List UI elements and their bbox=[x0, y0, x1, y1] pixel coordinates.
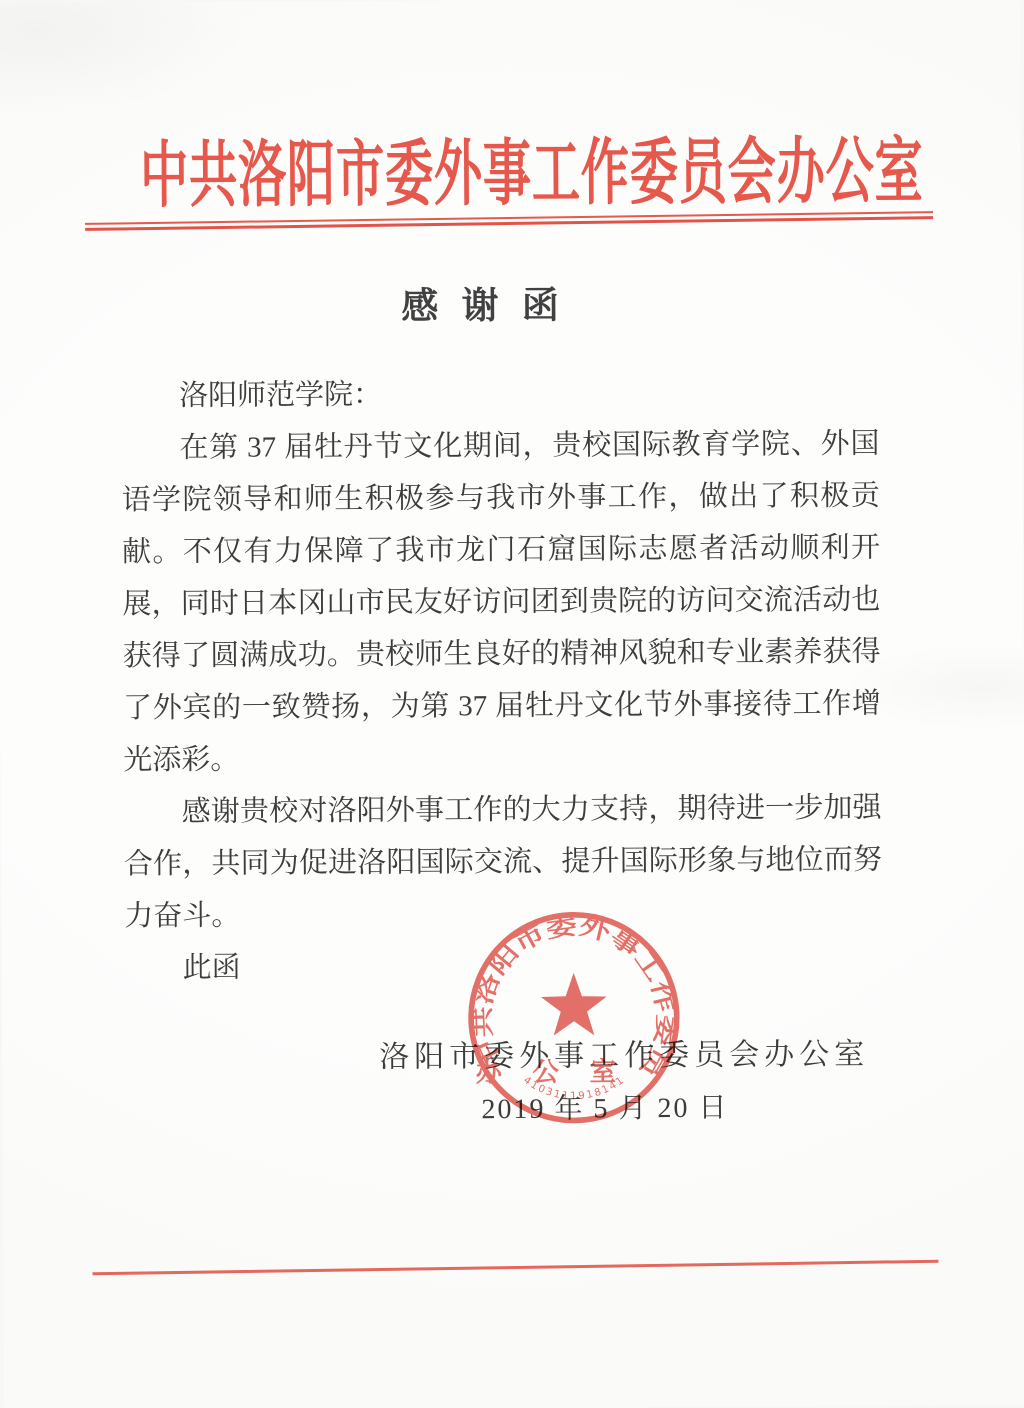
letter-title: 感 谢 函 bbox=[0, 272, 996, 332]
letter-page: 中共洛阳市委外事工作委员会办公室 感 谢 函 洛阳师范学院： 在第 37 届牡丹… bbox=[0, 0, 1024, 1408]
official-seal-stamp: 中共洛阳市委外事工作委员会 办公室 4103111918141 bbox=[461, 905, 686, 1130]
body-paragraph: 在第 37 届牡丹节文化期间，贵校国际教育学院、外国语学院领导和师生积极参与我市… bbox=[121, 418, 881, 787]
letter-body: 洛阳师范学院： 在第 37 届牡丹节文化期间，贵校国际教育学院、外国语学院领导和… bbox=[121, 366, 883, 995]
salutation: 洛阳师范学院： bbox=[121, 366, 879, 423]
footer-rule bbox=[92, 1260, 938, 1276]
letterhead-org-name: 中共洛阳市委外事工作委员会办公室 bbox=[140, 114, 878, 222]
seal-star bbox=[541, 973, 607, 1036]
